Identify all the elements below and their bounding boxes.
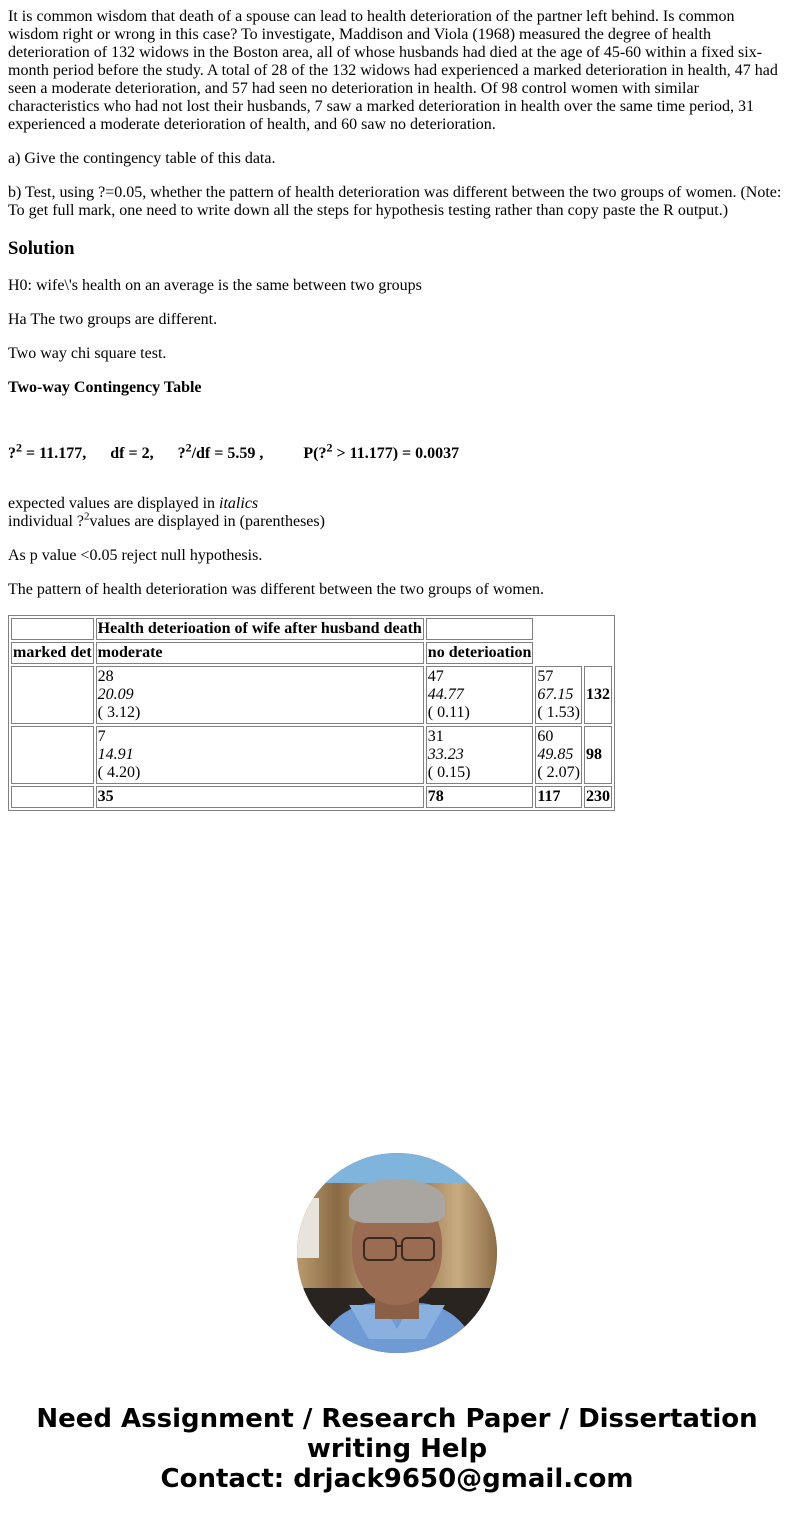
table-legend: expected values are displayed in italics…	[8, 495, 786, 531]
footer-line-2: writing Help	[0, 1434, 794, 1464]
photo-hair	[349, 1179, 445, 1223]
table-cell: 47 44.77 ( 0.11)	[426, 666, 534, 724]
chi-value: ( 0.11)	[428, 704, 532, 722]
row-label-empty	[11, 726, 94, 784]
legend-expected-italic: italics	[219, 495, 258, 512]
expected-value: 20.09	[98, 686, 422, 704]
table-header-row-top: Health deterioation of wife after husban…	[11, 618, 612, 640]
glasses-icon	[401, 1237, 435, 1261]
test-statistics: ?2 = 11.177, df = 2, ?2/df = 5.59 , P(?2…	[8, 445, 786, 463]
document-content: It is common wisdom that death of a spou…	[8, 8, 786, 811]
expected-value: 49.85	[537, 746, 580, 764]
table-row: 7 14.91 ( 4.20) 31 33.23 ( 0.15) 60 49.8…	[11, 726, 612, 784]
header-blank	[535, 618, 612, 640]
ratio-prefix: ?	[178, 445, 186, 462]
expected-value: 44.77	[428, 686, 532, 704]
header-blank	[535, 642, 612, 664]
glasses-icon	[363, 1237, 397, 1261]
header-top-label: Health deterioation of wife after husban…	[96, 618, 424, 640]
null-hypothesis: H0: wife\'s health on an average is the …	[8, 277, 786, 295]
row-total: 98	[584, 726, 612, 784]
header-col-none: no deterioation	[426, 642, 534, 664]
promo-footer: Need Assignment / Research Paper / Disse…	[0, 1404, 794, 1494]
table-title: Two-way Contingency Table	[8, 379, 786, 397]
table-row: 28 20.09 ( 3.12) 47 44.77 ( 0.11) 57 67.…	[11, 666, 612, 724]
glasses-bridge	[395, 1245, 401, 1247]
test-name: Two way chi square test.	[8, 345, 786, 363]
chi-sq-prefix: ?	[8, 445, 16, 462]
decision: As p value <0.05 reject null hypothesis.	[8, 547, 786, 565]
table-header-row-cols: marked det moderate no deterioation	[11, 642, 612, 664]
ratio-value: /df = 5.59 ,	[192, 445, 264, 462]
chi-value: ( 0.15)	[428, 764, 532, 782]
author-avatar-photo	[297, 1153, 497, 1353]
footer-line-1: Need Assignment / Research Paper / Disse…	[0, 1404, 794, 1434]
column-total: 117	[535, 786, 582, 808]
question-part-b: b) Test, using ?=0.05, whether the patte…	[8, 184, 786, 220]
row-label-empty	[11, 666, 94, 724]
chi-value: ( 1.53)	[537, 704, 580, 722]
observed-value: 60	[537, 728, 580, 746]
expected-value: 33.23	[428, 746, 532, 764]
solution-heading: Solution	[8, 239, 786, 259]
observed-value: 31	[428, 728, 532, 746]
p-prefix: P(?	[303, 445, 326, 462]
expected-value: 67.15	[537, 686, 580, 704]
totals-label-empty	[11, 786, 94, 808]
legend-individual-suffix: values are displayed in (parentheses)	[89, 513, 324, 530]
footer-contact: Contact: drjack9650@gmail.com	[0, 1464, 794, 1494]
grand-total: 230	[584, 786, 612, 808]
alternative-hypothesis: Ha The two groups are different.	[8, 311, 786, 329]
chi-value: ( 3.12)	[98, 704, 422, 722]
observed-value: 57	[537, 668, 580, 686]
table-cell: 31 33.23 ( 0.15)	[426, 726, 534, 784]
contingency-table: Health deterioation of wife after husban…	[8, 615, 615, 811]
legend-expected-prefix: expected values are displayed in	[8, 495, 219, 512]
table-cell: 7 14.91 ( 4.20)	[96, 726, 424, 784]
column-total: 78	[426, 786, 534, 808]
p-value: > 11.177) = 0.0037	[332, 445, 459, 462]
expected-value: 14.91	[98, 746, 422, 764]
observed-value: 7	[98, 728, 422, 746]
legend-individual-prefix: individual ?	[8, 513, 84, 530]
header-col-moderate: moderate	[96, 642, 424, 664]
row-total: 132	[584, 666, 612, 724]
degrees-of-freedom: df = 2,	[110, 445, 153, 462]
column-total: 35	[96, 786, 424, 808]
table-cell: 57 67.15 ( 1.53)	[535, 666, 582, 724]
table-cell: 28 20.09 ( 3.12)	[96, 666, 424, 724]
table-totals-row: 35 78 117 230	[11, 786, 612, 808]
conclusion: The pattern of health deterioration was …	[8, 581, 786, 599]
header-empty-cell	[426, 618, 534, 640]
table-cell: 60 49.85 ( 2.07)	[535, 726, 582, 784]
chi-value: ( 2.07)	[537, 764, 580, 782]
photo-switch-panel	[297, 1198, 319, 1258]
observed-value: 28	[98, 668, 422, 686]
chi-sq-value: = 11.177,	[22, 445, 86, 462]
question-intro: It is common wisdom that death of a spou…	[8, 8, 786, 134]
question-part-a: a) Give the contingency table of this da…	[8, 150, 786, 168]
header-empty-cell	[11, 618, 94, 640]
observed-value: 47	[428, 668, 532, 686]
header-col-marked: marked det	[11, 642, 94, 664]
chi-value: ( 4.20)	[98, 764, 422, 782]
